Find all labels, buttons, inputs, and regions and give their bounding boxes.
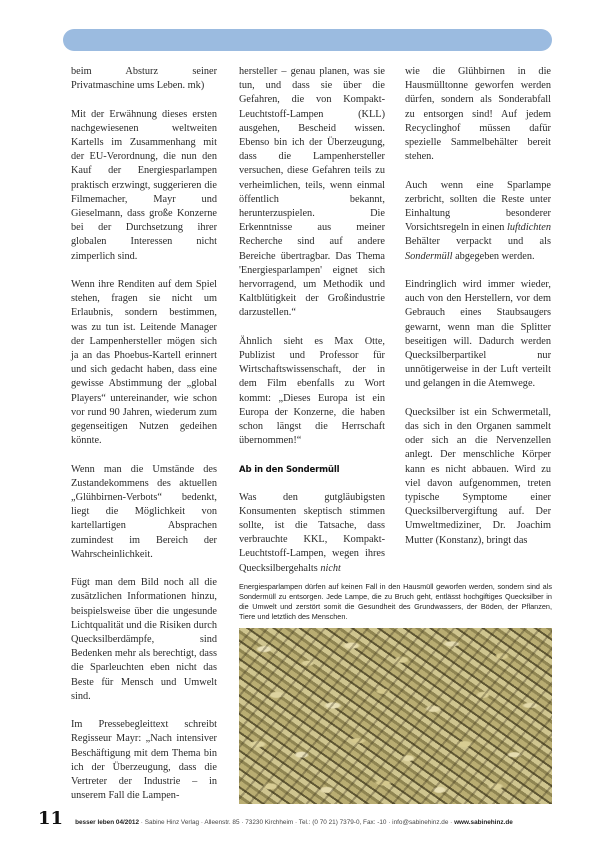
paragraph: Quecksilber ist ein Schwermetall, das si…	[405, 406, 551, 548]
website-link[interactable]: www.sabinehinz.de	[454, 819, 513, 826]
paragraph: Wenn ihre Renditen auf dem Spiel stehen,…	[71, 278, 217, 448]
text-column-1: beim Absturz seiner Privatmaschine ums L…	[71, 65, 217, 818]
paragraph: wie die Glühbirnen in die Hausmülltonne …	[405, 65, 551, 164]
paragraph: Wenn man die Umstände des Zustandekommen…	[71, 463, 217, 562]
paragraph: Fügt man dem Bild noch all die zusätzlic…	[71, 576, 217, 704]
paragraph: Eindringlich wird immer wieder, auch von…	[405, 278, 551, 392]
page-number: 11	[38, 808, 63, 829]
lamps-photo	[239, 628, 552, 804]
header-bar	[63, 29, 552, 51]
figure-caption: Energiesparlampen dürfen auf keinen Fall…	[239, 582, 552, 622]
paragraph: Was den gutgläubigsten Konsumenten skept…	[239, 491, 385, 576]
footer-info: besser leben 04/2012 · Sabine Hinz Verla…	[75, 819, 513, 826]
text-column-3: wie die Glühbirnen in die Hausmülltonne …	[405, 65, 551, 562]
page-footer: 11 besser leben 04/2012 · Sabine Hinz Ve…	[38, 808, 558, 828]
paragraph: beim Absturz seiner Privatmaschine ums L…	[71, 65, 217, 93]
paragraph: hersteller – genau planen, was sie tun, …	[239, 65, 385, 321]
paragraph: Im Pressebegleittext schreibt Regisseur …	[71, 718, 217, 803]
paragraph: Auch wenn eine Sparlampe zerbricht, soll…	[405, 179, 551, 264]
section-heading: Ab in den Sondermüll	[239, 463, 385, 477]
paragraph: Ähnlich sieht es Max Otte, Publizist und…	[239, 335, 385, 449]
text-column-2: hersteller – genau planen, was sie tun, …	[239, 65, 385, 590]
paragraph: Mit der Erwähnung dieses ersten nachgewi…	[71, 108, 217, 264]
